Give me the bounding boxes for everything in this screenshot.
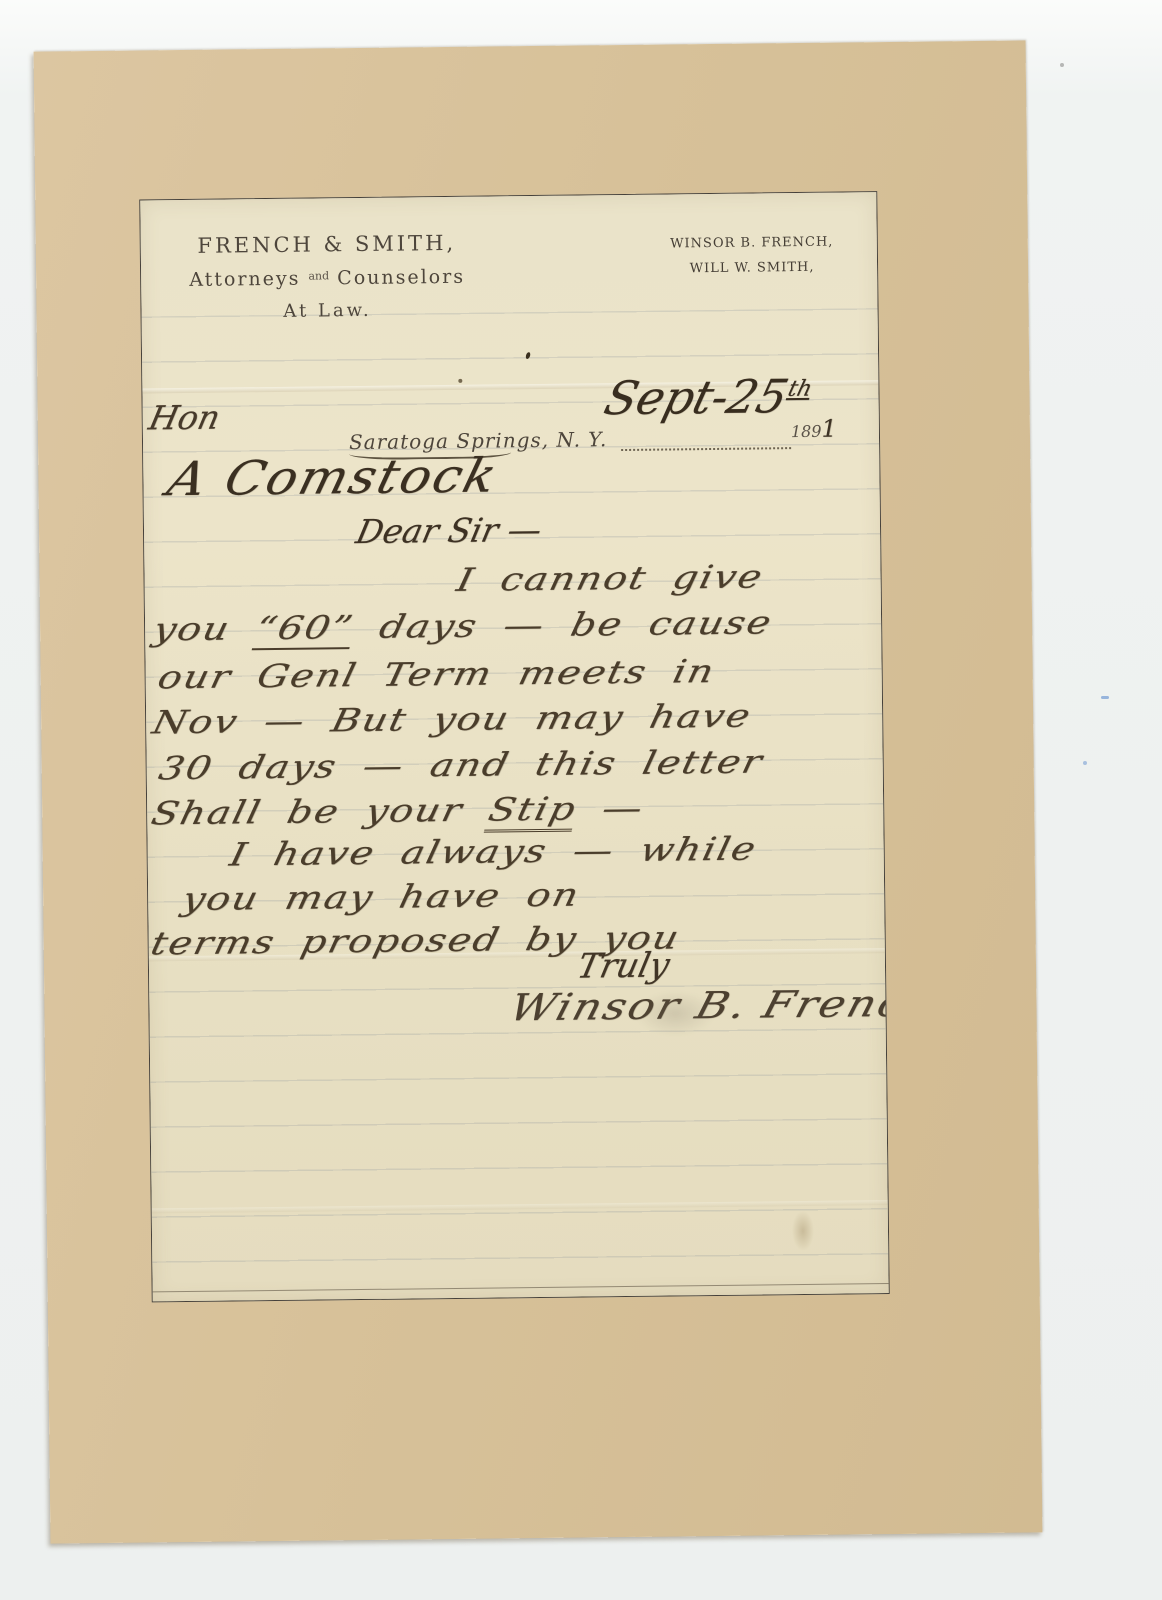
letterhead-firm-block: FRENCH & SMITH, Attorneys and Counselors… (177, 231, 478, 323)
handwritten-salutation: Dear Sir — (353, 510, 546, 551)
underlined-stip: Stip (484, 790, 580, 833)
body-text: days — be cause (349, 603, 776, 646)
underlined-sixty: “60” (252, 608, 358, 650)
ink-transfer-ghost (635, 990, 716, 1037)
handwritten-recipient: A Comstock (162, 448, 504, 507)
body-line: Shall be your Stip — (148, 789, 648, 833)
year-group: 1891 (791, 415, 837, 444)
partner-name: WILL W. SMITH, (646, 255, 858, 282)
handwritten-year-digit: 1 (821, 415, 837, 443)
handwritten-honorific: Hon (145, 398, 223, 438)
firm-subtitle: Attorneys and Counselors (177, 266, 477, 291)
handwritten-date: Sept-25th (599, 369, 817, 425)
printed-dotted-date-rule (621, 443, 791, 451)
ink-speck (458, 379, 462, 383)
scan-blue-speck (1083, 761, 1087, 765)
paper-crease (152, 1200, 888, 1213)
paper-bottom-edge-line (153, 1283, 889, 1293)
counselors-word: Counselors (337, 266, 465, 289)
body-line: Nov — But you may have (149, 697, 756, 742)
letterhead-partners-block: WINSOR B. FRENCH, WILL W. SMITH, (646, 230, 859, 282)
and-word: and (308, 269, 329, 282)
at-law-line: At Law. (177, 299, 477, 323)
body-text: Shall be your (148, 791, 493, 833)
ink-smudge (792, 1211, 814, 1251)
body-text: — (572, 789, 648, 828)
scan-dust-speck (1060, 63, 1064, 67)
date-ordinal: th (785, 377, 815, 402)
partner-name: WINSOR B. FRENCH, (646, 230, 858, 257)
printed-year-prefix: 189 (791, 422, 822, 441)
body-line: you may have on (179, 875, 584, 918)
ink-speck (525, 352, 531, 360)
firm-name: FRENCH & SMITH, (177, 231, 477, 258)
body-line: our Genl Term meets in (154, 652, 719, 696)
album-card: FRENCH & SMITH, Attorneys and Counselors… (34, 40, 1043, 1543)
letter-frame-border: FRENCH & SMITH, Attorneys and Counselors… (139, 191, 889, 1302)
handwritten-closing: Truly (574, 945, 674, 986)
body-line: you “60” days — be cause (150, 603, 776, 648)
body-text: you (150, 609, 261, 648)
body-line: I cannot give (453, 557, 767, 599)
date-text: Sept-25 (599, 369, 794, 425)
body-line: I have always — while (226, 829, 760, 873)
body-line: 30 days — and this letter (155, 742, 767, 787)
attorneys-word: Attorneys (189, 268, 300, 291)
scan-blue-speck (1101, 696, 1109, 699)
letter-paper: FRENCH & SMITH, Attorneys and Counselors… (140, 192, 888, 1301)
